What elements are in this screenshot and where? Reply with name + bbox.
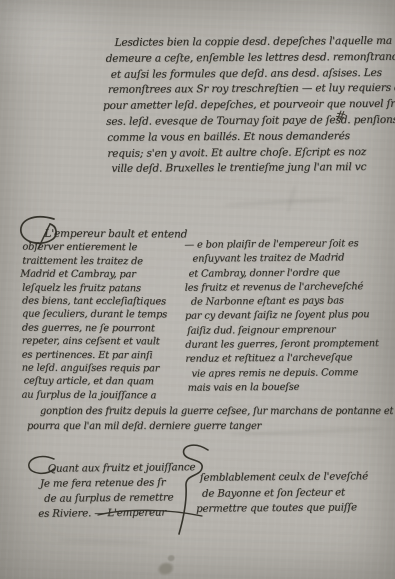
manuscript-line: de Narbonne eſtant es pays bas [191, 294, 353, 310]
manuscript-line: requis; s'en y avoit. Et aultre choſe. E… [107, 145, 349, 162]
manuscript-line: des guerres, ne ſe pourront [22, 321, 178, 335]
manuscript-line: et Cambray, donner l'ordre que [189, 266, 353, 282]
manuscript-line: ſaiſiz dud. ſeignour emprenour [187, 323, 353, 339]
manuscript-line: les fruitz et revenus de l'archeveſché [185, 280, 353, 296]
manuscript-line: remonſtrees aux Sr roy treschreſtien — e… [108, 82, 349, 99]
manuscript-line: Quant aux fruitz et jouiſſance [34, 460, 196, 477]
manuscript-line: ne leſd. anguiſses requis par [22, 362, 178, 376]
manuscript-line: de Bayonne et ſon ſecteur et [202, 485, 368, 502]
manuscript-line: es pertinences. Et par ainſi [22, 348, 178, 362]
top-paragraph: Lesdictes bien la coppie desd. depeſches… [103, 34, 350, 178]
manuscript-line: — e bon plaiſir de l'empereur ſoit es [184, 237, 352, 253]
manuscript-line: des biens, tant eccleſiaſtiques [22, 295, 178, 309]
manuscript-line: L'empereur bault et entend [22, 228, 178, 242]
manuscript-line: permettre que toutes que puiſſe [196, 500, 368, 517]
manuscript-line: Lesdictes bien la coppie desd. depeſches… [115, 34, 349, 51]
manuscript-line: leſquelz les fruitz patans [22, 281, 178, 295]
left-column-paragraph: L'empereur bault et entend obſerver enti… [22, 228, 179, 403]
full-width-line: gonption des fruitz depuis la guerre ceſ… [40, 405, 393, 419]
manuscript-line: es Riviere. — L'empereur [38, 505, 196, 522]
manuscript-line: repeter, ains ceſsent et vault [22, 335, 178, 349]
manuscript-line: ſemblablement ceulx de l'eveſché [200, 469, 368, 486]
manuscript-line: durant les guerres, ſeront promptement [185, 337, 353, 353]
manuscript-page: Lesdictes bien la coppie desd. depeſches… [0, 0, 395, 579]
manuscript-line: gonption des fruitz depuis la guerre ceſ… [40, 405, 393, 419]
bleed-through-mark [225, 197, 345, 207]
manuscript-line: au ſurplus de la jouiſſance a [22, 388, 178, 402]
manuscript-line: ceſtuy article, et dan quam [24, 375, 178, 389]
manuscript-line: et auſsi les formules que deſd. ans desd… [111, 66, 349, 83]
manuscript-line: comme la vous en baillés. Et nous demand… [107, 129, 349, 146]
manuscript-line: par cy devant ſaiſiz ne ſoyent plus pou [185, 309, 353, 325]
margin-hash-mark: # [334, 108, 347, 124]
manuscript-line: renduz et reſtituez a l'archeveſque [185, 352, 353, 368]
manuscript-line: pour ametter leſd. depeſches, et pourveo… [103, 97, 349, 115]
manuscript-line: que ſeculiers, durant le temps [22, 308, 178, 322]
manuscript-line: traittement les traitez de [22, 254, 178, 268]
manuscript-line: ses. leſd. evesque de Tournay ſoit paye … [106, 113, 349, 130]
bottom-right-paragraph: ſemblablement ceulx de l'eveſché de Bayo… [200, 469, 369, 517]
manuscript-line: enſuyvant les traitez de Madrid [192, 252, 352, 268]
manuscript-line: ville deſd. Bruxelles le trentieſme jung… [111, 161, 349, 178]
manuscript-line: obſerver entierement le [22, 241, 178, 255]
manuscript-line: pourra que l'an mil deſd. derniere guerr… [27, 420, 261, 434]
ink-blot [154, 558, 176, 578]
manuscript-line: vie apres remis ne depuis. Comme [191, 366, 353, 382]
right-column-paragraph: — e bon plaiſir de l'empereur ſoit es en… [184, 237, 353, 396]
bleed-through-mark [60, 538, 150, 544]
manuscript-line: mais vais en la boueſse [188, 380, 354, 396]
bottom-left-paragraph: Quant aux fruitz et jouiſſance Je me fer… [34, 460, 196, 522]
manuscript-line: demeure a ceſte, enſemble les lettres de… [106, 50, 349, 67]
full-width-line: pourra que l'an mil deſd. derniere guerr… [27, 420, 261, 434]
manuscript-line: Je me fera retenue des ſr [40, 475, 196, 492]
manuscript-line: Madrid et Cambray, par [20, 268, 178, 282]
manuscript-line: de au ſurplus de remettre [44, 490, 196, 507]
